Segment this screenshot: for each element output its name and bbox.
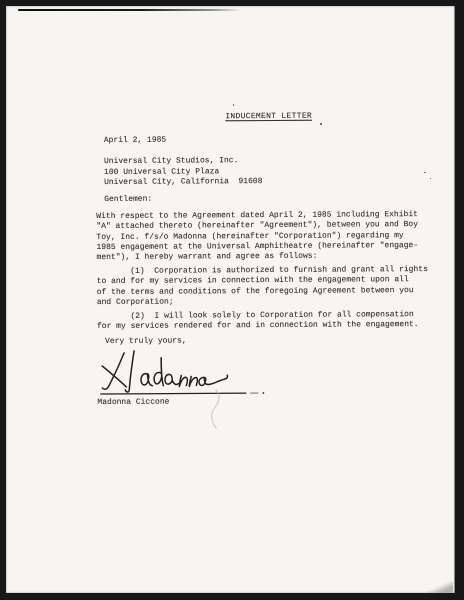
page-corner-shadow — [427, 581, 453, 593]
address-line-city: Universal City, California 91608 — [104, 176, 442, 188]
letter-title: INDUCEMENT LETTER — [96, 111, 442, 123]
signature-underline — [100, 392, 264, 395]
scan-speck — [320, 123, 322, 125]
scan-speck — [237, 291, 238, 292]
recipient-address: Universal City Studios, Inc. 100 Univers… — [96, 155, 442, 188]
numbered-paragraph-1: (1) Corporation is authorized to furnish… — [97, 265, 443, 308]
numbered-paragraph-2: (2) I will look solely to Corporation fo… — [97, 310, 443, 333]
closing-line: Very truly yours, — [105, 335, 443, 347]
scan-speck — [233, 104, 234, 106]
signature-madonna — [100, 349, 280, 402]
scan-speck — [424, 172, 426, 173]
scan-speck — [430, 178, 431, 179]
signature-area — [100, 350, 443, 398]
salutation: Gentlemen: — [104, 193, 442, 205]
letter-date: April 2, 1985 — [104, 134, 442, 146]
signature-strokes — [102, 350, 227, 392]
opening-paragraph: With respect to the Agreement dated Apri… — [96, 210, 442, 263]
scanned-letter-photo: INDUCEMENT LETTER April 2, 1985 Universa… — [0, 0, 464, 600]
letter-body: INDUCEMENT LETTER April 2, 1985 Universa… — [95, 5, 443, 408]
faint-pencil-mark — [206, 388, 228, 432]
document-page: INDUCEMENT LETTER April 2, 1985 Universa… — [6, 6, 455, 593]
